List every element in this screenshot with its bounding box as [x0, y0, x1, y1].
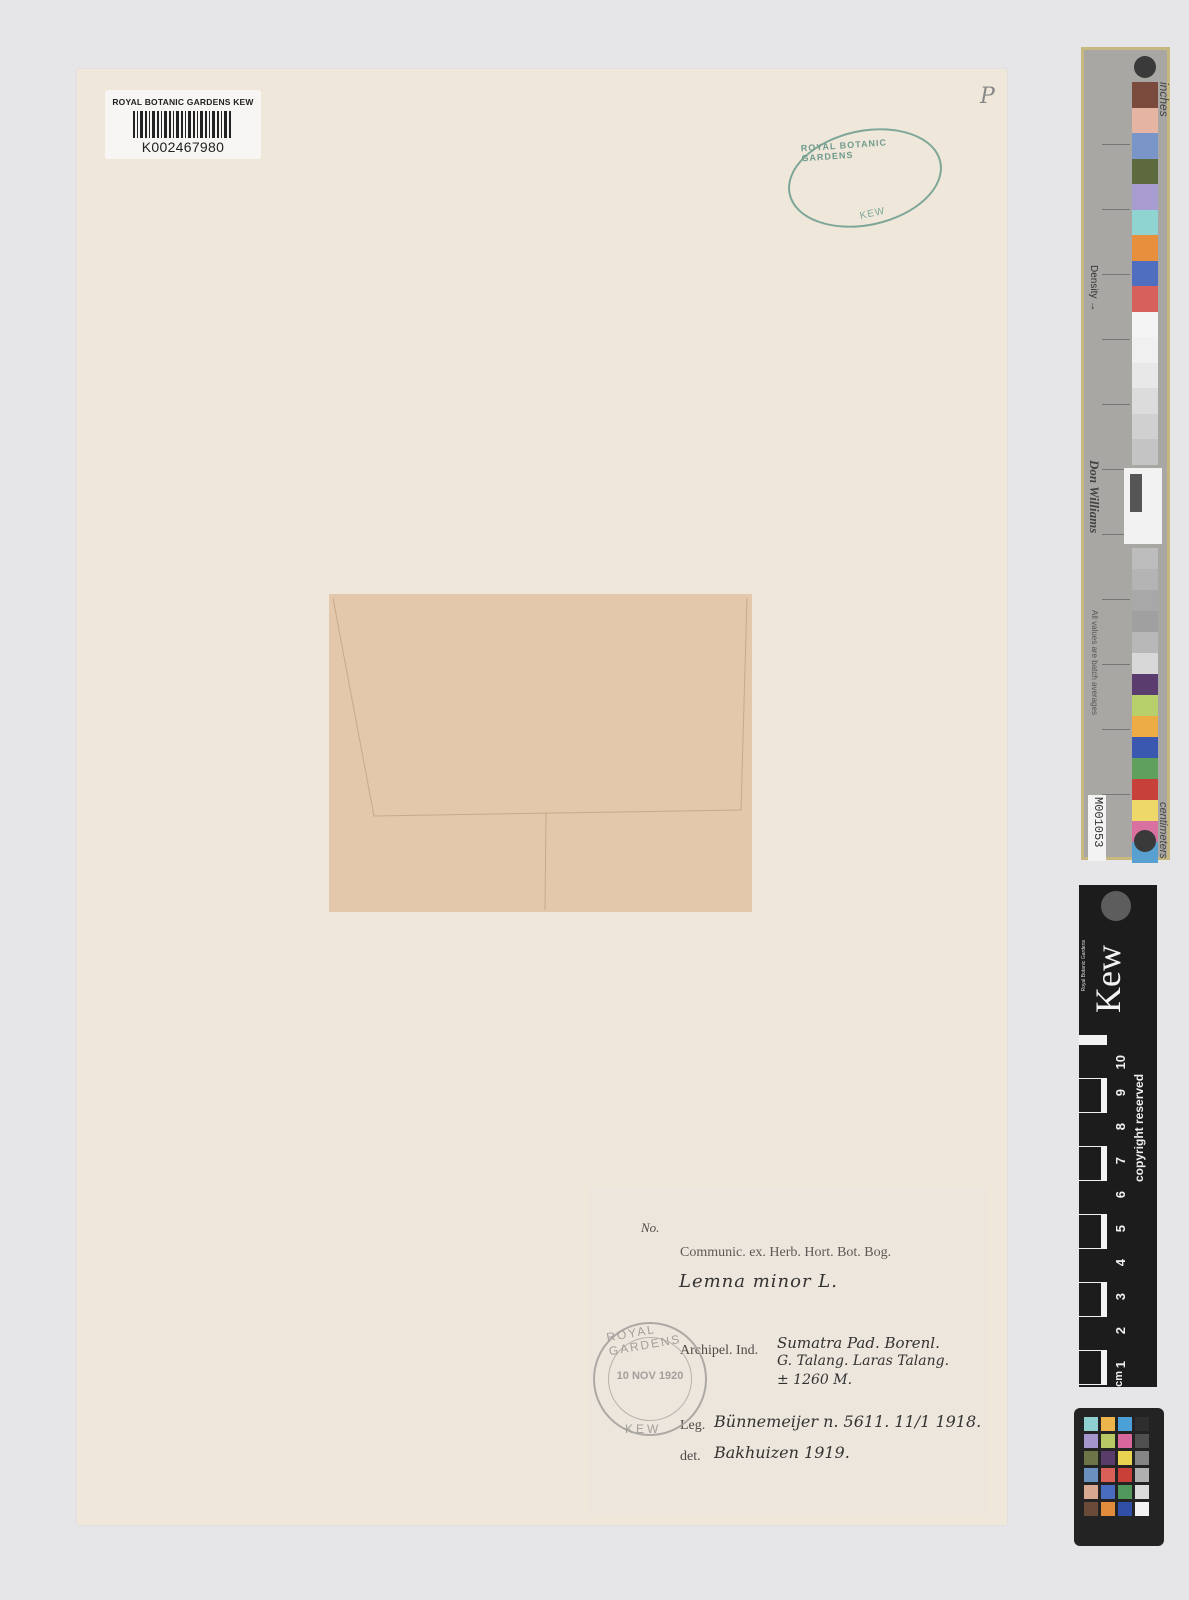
- checker-patch: [1118, 1468, 1132, 1482]
- checker-patch: [1084, 1417, 1098, 1431]
- color-swatch: [1132, 716, 1158, 737]
- label-number-field: No.: [641, 1220, 659, 1236]
- checker-patch: [1135, 1451, 1149, 1465]
- checker-patch: [1084, 1434, 1098, 1448]
- barcode-icon: [133, 111, 233, 138]
- institution-name: ROYAL BOTANIC GARDENS KEW: [105, 97, 261, 107]
- strip-brand: Don Williams: [1086, 460, 1102, 533]
- checker-patch: [1101, 1485, 1115, 1499]
- scale-tick-label: 9: [1113, 1089, 1128, 1096]
- color-swatch: [1132, 184, 1158, 210]
- top-swatches: [1132, 82, 1158, 465]
- color-swatch: [1132, 674, 1158, 695]
- scale-segment: [1101, 1249, 1107, 1282]
- color-swatch: [1132, 590, 1158, 611]
- kew-logo: Kew: [1087, 945, 1129, 1013]
- scale-segment: [1079, 1113, 1101, 1146]
- strip-ticks: [1102, 80, 1130, 827]
- checker-patch: [1084, 1451, 1098, 1465]
- scale-segment: [1079, 1249, 1101, 1282]
- density-label: Density →: [1088, 265, 1099, 311]
- scale-segment: [1079, 1079, 1101, 1112]
- checker-patch: [1101, 1417, 1115, 1431]
- kew-crest-icon: [1101, 891, 1131, 921]
- checker-patch: [1084, 1468, 1098, 1482]
- copyright-text: copyright reserved: [1132, 1023, 1146, 1233]
- strip-note: All values are batch averages: [1090, 610, 1099, 715]
- cm-scale-numbers: 12345678910: [1113, 1035, 1131, 1385]
- locality-line-2: G. Talang. Laras Talang.: [777, 1353, 949, 1369]
- color-swatch: [1132, 337, 1158, 363]
- color-swatch: [1132, 235, 1158, 261]
- scale-tick-label: 6: [1113, 1191, 1128, 1198]
- barcode-number: K002467980: [105, 139, 261, 155]
- scale-segment: [1101, 1181, 1107, 1214]
- color-swatch: [1132, 800, 1158, 821]
- date-stamp-bottom-text: KEW: [625, 1422, 661, 1436]
- scale-segment: [1079, 1215, 1101, 1248]
- strip-id-text: M001053: [1091, 797, 1105, 847]
- checker-patch: [1118, 1451, 1132, 1465]
- checker-patch: [1135, 1502, 1149, 1516]
- color-swatch: [1132, 569, 1158, 590]
- centimeters-label: centimeters: [1157, 802, 1169, 859]
- color-swatch: [1132, 737, 1158, 758]
- scale-segment: [1079, 1045, 1101, 1078]
- specimen-label: No. Communic. ex. Herb. Hort. Bot. Bog. …: [589, 1186, 987, 1514]
- scale-segment: [1079, 1283, 1101, 1316]
- checker-patch: [1135, 1417, 1149, 1431]
- checker-patch: [1118, 1434, 1132, 1448]
- specimen-packet: [329, 594, 752, 912]
- scale-segment: [1079, 1351, 1101, 1384]
- cm-unit-label: cm: [1113, 1371, 1125, 1387]
- packet-fold-lines: [329, 594, 752, 912]
- inches-label: inches: [1157, 82, 1171, 117]
- color-swatch: [1132, 210, 1158, 236]
- scale-segment: [1101, 1317, 1107, 1350]
- color-swatch: [1132, 133, 1158, 159]
- checker-patch: [1118, 1417, 1132, 1431]
- species-name: Lemna minor L.: [679, 1271, 838, 1292]
- gray-target: [1124, 468, 1162, 544]
- scale-tick-label: 7: [1113, 1157, 1128, 1164]
- color-checker-card: [1074, 1408, 1164, 1546]
- bottom-swatches: [1132, 548, 1158, 863]
- kew-subtitle: Royal Botanic Gardens: [1081, 940, 1087, 991]
- gray-target-block: [1130, 474, 1142, 512]
- scale-tick-label: 3: [1113, 1293, 1128, 1300]
- checker-patch: [1118, 1485, 1132, 1499]
- det-label: det.: [680, 1449, 701, 1465]
- strip-hole-icon: [1134, 830, 1156, 852]
- color-swatch: [1132, 548, 1158, 569]
- scale-tick-label: 4: [1113, 1259, 1128, 1266]
- determiner-value: Bakhuizen 1919.: [714, 1443, 850, 1462]
- scale-tick-label: 1: [1113, 1361, 1128, 1368]
- color-swatch: [1132, 286, 1158, 312]
- checker-patch: [1101, 1468, 1115, 1482]
- date-stamp-date: 10 NOV 1920: [595, 1370, 705, 1382]
- checker-patch: [1101, 1434, 1115, 1448]
- color-swatch: [1132, 758, 1158, 779]
- scale-segment: [1079, 1317, 1101, 1350]
- checker-patch: [1135, 1434, 1149, 1448]
- color-swatch: [1132, 695, 1158, 716]
- scale-segment: [1079, 1147, 1101, 1180]
- checker-patch: [1084, 1485, 1098, 1499]
- collector-value: Bünnemeijer n. 5611. 11/1 1918.: [714, 1412, 981, 1431]
- locality-line-1: Sumatra Pad. Borenl.: [777, 1334, 940, 1352]
- scale-tick-label: 5: [1113, 1225, 1128, 1232]
- scale-segment: [1101, 1113, 1107, 1146]
- color-swatch: [1132, 439, 1158, 465]
- color-checker-grid: [1084, 1417, 1149, 1516]
- color-swatch: [1132, 388, 1158, 414]
- color-swatch: [1132, 632, 1158, 653]
- barcode-label: ROYAL BOTANIC GARDENS KEW K002467980: [105, 90, 261, 159]
- strip-hole-icon: [1134, 56, 1156, 78]
- color-swatch: [1132, 312, 1158, 338]
- checker-patch: [1084, 1502, 1098, 1516]
- checker-patch: [1135, 1485, 1149, 1499]
- color-swatch: [1132, 611, 1158, 632]
- color-swatch: [1132, 653, 1158, 674]
- color-swatch: [1132, 108, 1158, 134]
- label-communic: Communic. ex. Herb. Hort. Bot. Bog.: [680, 1245, 891, 1261]
- scale-segment: [1101, 1045, 1107, 1078]
- scale-segment: [1079, 1181, 1101, 1214]
- color-swatch: [1132, 779, 1158, 800]
- scale-tick-label: 8: [1113, 1123, 1128, 1130]
- color-swatch: [1132, 82, 1158, 108]
- color-swatch: [1132, 363, 1158, 389]
- scale-tick-label: 2: [1113, 1327, 1128, 1334]
- checker-patch: [1135, 1468, 1149, 1482]
- kew-scale-bar: Kew Royal Botanic Gardens copyright rese…: [1079, 885, 1157, 1387]
- scale-tick-label: 10: [1113, 1055, 1128, 1069]
- color-swatch: [1132, 159, 1158, 185]
- checker-patch: [1101, 1451, 1115, 1465]
- color-density-strip: inches Density → Don Williams All values…: [1081, 47, 1170, 860]
- locality-line-3: ± 1260 M.: [777, 1372, 852, 1388]
- cm-scale: [1079, 1035, 1107, 1385]
- corner-annotation: P: [980, 84, 995, 109]
- checker-patch: [1101, 1502, 1115, 1516]
- strip-id: M001053: [1088, 795, 1106, 861]
- color-swatch: [1132, 261, 1158, 287]
- checker-patch: [1118, 1502, 1132, 1516]
- date-stamp: ROYAL GARDENS 10 NOV 1920 KEW: [593, 1322, 707, 1436]
- color-swatch: [1132, 414, 1158, 440]
